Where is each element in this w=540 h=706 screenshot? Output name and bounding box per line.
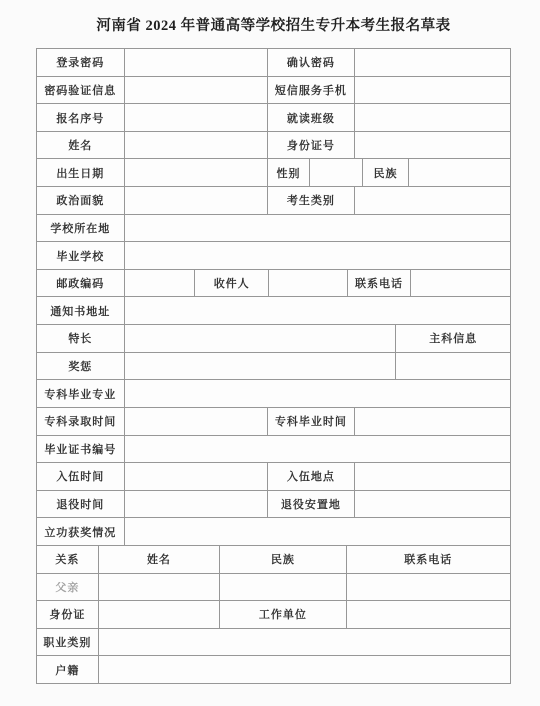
row-political-status: 政治面貌 考生类别 <box>37 187 510 215</box>
birth-date-label: 出生日期 <box>37 159 125 186</box>
notice-address-value-cell <box>125 297 510 324</box>
enlistment-place-value-cell <box>355 463 510 490</box>
discharge-date-label: 退役时间 <box>37 491 125 518</box>
row-id-card: 身份证 工作单位 <box>37 601 510 629</box>
college-admission-date-value-cell <box>125 408 268 435</box>
father-label: 父亲 <box>37 574 99 601</box>
specialty-label: 特长 <box>37 325 125 352</box>
attending-class-value-cell <box>355 104 510 131</box>
contact-phone-label: 联系电话 <box>348 270 412 297</box>
sms-service-phone-value-cell <box>355 77 510 104</box>
family-name-header: 姓名 <box>99 546 220 573</box>
father-ethnicity-value-cell <box>220 574 346 601</box>
notice-address-label: 通知书地址 <box>37 297 125 324</box>
political-status-value-cell <box>125 187 268 214</box>
confirm-password-label: 确认密码 <box>268 49 355 76</box>
name-value-cell <box>125 132 268 159</box>
row-name: 姓名 身份证号 <box>37 132 510 160</box>
row-password-verification: 密码验证信息 短信服务手机 <box>37 77 510 105</box>
row-notice-address: 通知书地址 <box>37 297 510 325</box>
household-registration-value-cell <box>99 656 510 683</box>
discharge-placement-value-cell <box>355 491 510 518</box>
row-father: 父亲 <box>37 574 510 602</box>
row-family-header: 关系 姓名 民族 联系电话 <box>37 546 510 574</box>
college-graduation-date-label: 专科毕业时间 <box>268 408 355 435</box>
enlistment-date-label: 入伍时间 <box>37 463 125 490</box>
attending-class-label: 就读班级 <box>268 104 355 131</box>
political-status-label: 政治面貌 <box>37 187 125 214</box>
recipient-label: 收件人 <box>195 270 269 297</box>
row-household-registration: 户籍 <box>37 656 510 683</box>
id-number-label: 身份证号 <box>268 132 355 159</box>
row-diploma-number: 毕业证书编号 <box>37 436 510 464</box>
college-admission-date-label: 专科录取时间 <box>37 408 125 435</box>
family-ethnicity-header: 民族 <box>220 546 346 573</box>
login-password-label: 登录密码 <box>37 49 125 76</box>
ethnicity-label: 民族 <box>363 159 410 186</box>
main-subject-info-value-cell <box>396 353 510 380</box>
enlistment-place-label: 入伍地点 <box>268 463 355 490</box>
household-registration-label: 户籍 <box>37 656 99 683</box>
row-postal-code: 邮政编码 收件人 联系电话 <box>37 270 510 298</box>
specialty-value-cell <box>125 325 397 352</box>
birth-date-value-cell <box>125 159 268 186</box>
page-title: 河南省 2024 年普通高等学校招生专升本考生报名草表 <box>36 14 511 35</box>
work-unit-label: 工作单位 <box>220 601 346 628</box>
enlistment-date-value-cell <box>125 463 268 490</box>
row-merit-awards: 立功获奖情况 <box>37 518 510 546</box>
family-contact-phone-header: 联系电话 <box>347 546 510 573</box>
merit-awards-label: 立功获奖情况 <box>37 518 125 545</box>
occupation-category-label: 职业类别 <box>37 629 99 656</box>
registration-form-table: 登录密码 确认密码 密码验证信息 短信服务手机 报名序号 就读班级 姓名 身份证… <box>36 48 511 684</box>
ethnicity-value-cell <box>409 159 510 186</box>
gender-label: 性别 <box>268 159 310 186</box>
registration-number-label: 报名序号 <box>37 104 125 131</box>
recipient-value-cell <box>269 270 348 297</box>
diploma-number-value-cell <box>125 436 510 463</box>
candidate-category-value-cell <box>355 187 510 214</box>
row-occupation-category: 职业类别 <box>37 629 510 657</box>
main-subject-info-label: 主科信息 <box>396 325 510 352</box>
password-verification-label: 密码验证信息 <box>37 77 125 104</box>
confirm-password-value-cell <box>355 49 510 76</box>
login-password-value-cell <box>125 49 268 76</box>
college-graduation-date-value-cell <box>355 408 510 435</box>
occupation-category-value-cell <box>99 629 510 656</box>
father-contact-phone-value-cell <box>347 574 510 601</box>
id-card-label: 身份证 <box>37 601 99 628</box>
graduation-school-value-cell <box>125 242 510 269</box>
discharge-date-value-cell <box>125 491 268 518</box>
row-rewards-punishments: 奖惩 <box>37 353 510 381</box>
rewards-punishments-label: 奖惩 <box>37 353 125 380</box>
rewards-punishments-value-cell <box>125 353 397 380</box>
row-school-location: 学校所在地 <box>37 215 510 243</box>
row-specialty: 特长 主科信息 <box>37 325 510 353</box>
gender-value-cell <box>310 159 363 186</box>
registration-number-value-cell <box>125 104 268 131</box>
row-birth-date: 出生日期 性别 民族 <box>37 159 510 187</box>
postal-code-value-cell <box>125 270 196 297</box>
school-location-label: 学校所在地 <box>37 215 125 242</box>
sms-service-phone-label: 短信服务手机 <box>268 77 355 104</box>
relation-header: 关系 <box>37 546 99 573</box>
row-college-dates: 专科录取时间 专科毕业时间 <box>37 408 510 436</box>
row-registration-number: 报名序号 就读班级 <box>37 104 510 132</box>
discharge-placement-label: 退役安置地 <box>268 491 355 518</box>
row-discharge: 退役时间 退役安置地 <box>37 491 510 519</box>
merit-awards-value-cell <box>125 518 510 545</box>
diploma-number-label: 毕业证书编号 <box>37 436 125 463</box>
college-major-label: 专科毕业专业 <box>37 380 125 407</box>
candidate-category-label: 考生类别 <box>268 187 355 214</box>
contact-phone-value-cell <box>411 270 510 297</box>
work-unit-value-cell <box>347 601 510 628</box>
postal-code-label: 邮政编码 <box>37 270 125 297</box>
id-card-value-cell <box>99 601 220 628</box>
row-college-major: 专科毕业专业 <box>37 380 510 408</box>
school-location-value-cell <box>125 215 510 242</box>
row-login-password: 登录密码 确认密码 <box>37 49 510 77</box>
password-verification-value-cell <box>125 77 268 104</box>
row-enlistment: 入伍时间 入伍地点 <box>37 463 510 491</box>
graduation-school-label: 毕业学校 <box>37 242 125 269</box>
father-name-value-cell <box>99 574 220 601</box>
name-label: 姓名 <box>37 132 125 159</box>
id-number-value-cell <box>355 132 510 159</box>
college-major-value-cell <box>125 380 510 407</box>
row-graduation-school: 毕业学校 <box>37 242 510 270</box>
